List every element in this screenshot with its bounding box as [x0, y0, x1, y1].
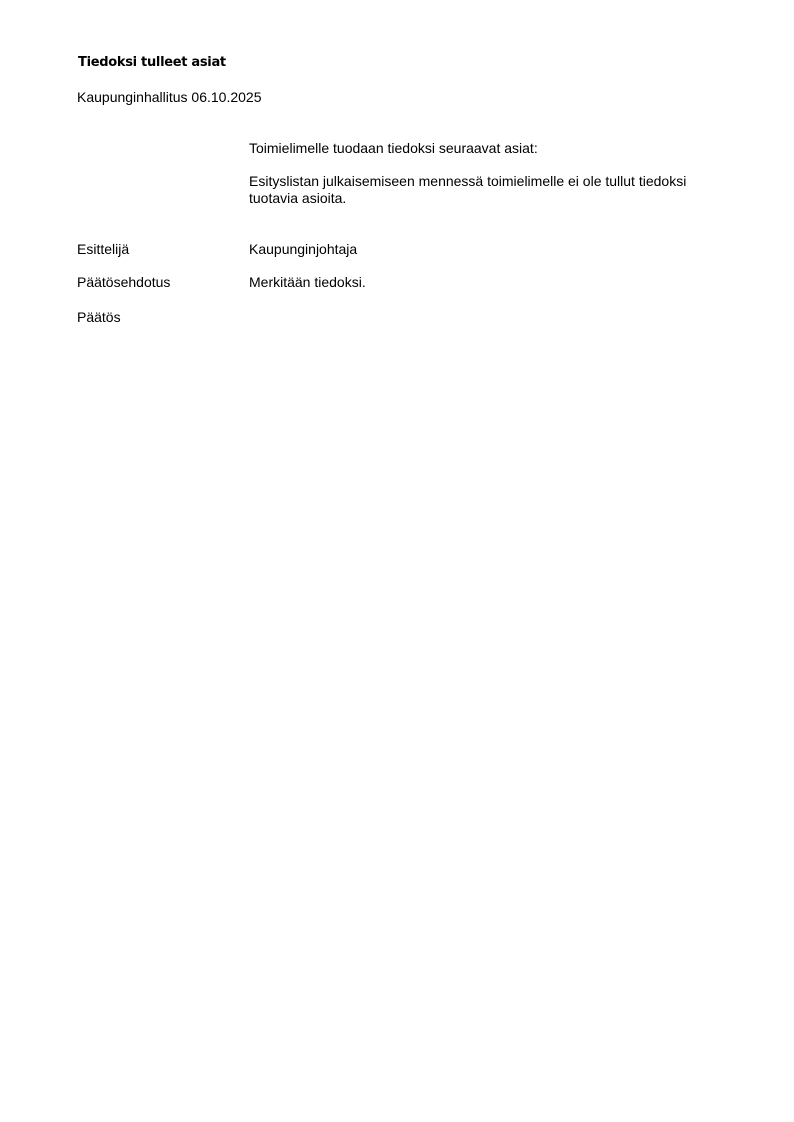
- notice-text: Esityslistan julkaisemiseen mennessä toi…: [249, 173, 729, 207]
- document-page: Tiedoksi tulleet asiat Kaupunginhallitus…: [0, 0, 794, 1122]
- presenter-label: Esittelijä: [77, 241, 129, 258]
- proposal-value: Merkitään tiedoksi.: [249, 274, 366, 291]
- decision-label: Päätös: [77, 309, 121, 326]
- document-title: Tiedoksi tulleet asiat: [78, 55, 226, 71]
- intro-text: Toimielimelle tuodaan tiedoksi seuraavat…: [249, 140, 729, 157]
- proposal-label: Päätösehdotus: [77, 274, 170, 291]
- meeting-date-line: Kaupunginhallitus 06.10.2025: [77, 89, 262, 106]
- presenter-value: Kaupunginjohtaja: [249, 241, 357, 258]
